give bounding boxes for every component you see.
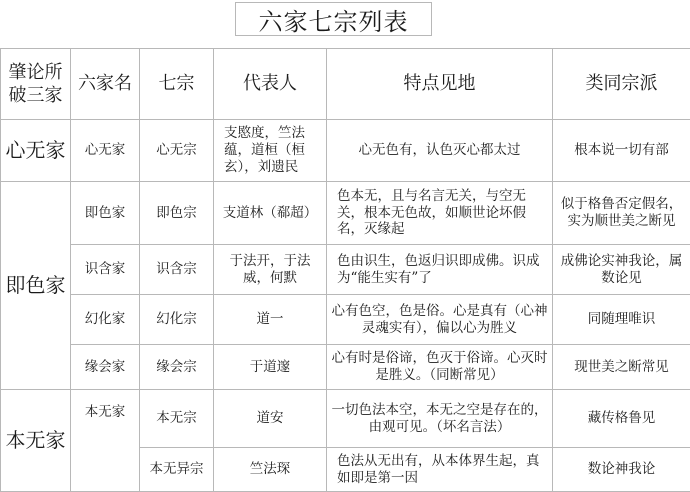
header-representatives: 代表人 xyxy=(214,49,327,120)
views-cell: 心有时是俗谛，色灭于俗谛。心灭时是胜义。（同断常见） xyxy=(327,345,553,390)
table-row: 幻化家 幻化宗 道一 心有色空，色是俗。心是真有（心神灵魂实有），偏以心为胜义 … xyxy=(1,295,690,345)
table-row: 缘会家 缘会宗 于道邃 心有时是俗谛，色灭于俗谛。心灭时是胜义。（同断常见） 现… xyxy=(1,345,690,390)
family-cell: 即色家 xyxy=(71,182,140,245)
views-cell: 心无色有，认色灭心都太过 xyxy=(327,120,553,182)
similar-cell: 现世美之断常见 xyxy=(553,345,690,390)
school-cell: 缘会宗 xyxy=(140,345,214,390)
table-row: 本无家 本无家 本无宗 道安 一切色法本空，本无之空是存在的，由观可见。（坏名言… xyxy=(1,390,690,448)
similar-cell: 数论神我论 xyxy=(553,448,690,492)
representatives-cell: 竺法琛 xyxy=(214,448,327,492)
similar-cell: 藏传格鲁见 xyxy=(553,390,690,448)
header-refuted-three: 肇论所破三家 xyxy=(1,49,71,120)
similar-cell: 同随理唯识 xyxy=(553,295,690,345)
views-cell: 色法从无出有，从本体界生起，真如即是第一因 xyxy=(327,448,553,492)
header-similar-schools: 类同宗派 xyxy=(553,49,690,120)
representatives-cell: 于道邃 xyxy=(214,345,327,390)
views-cell: 色由识生，色返归识即成佛。识成为“能生实有”了 xyxy=(327,245,553,295)
group-label: 本无家 xyxy=(1,390,71,492)
table-row: 即色家 即色家 即色宗 支道林（郗超） 色本无，且与名言无关，与空无关，根本无色… xyxy=(1,182,690,245)
header-family-name: 六家名 xyxy=(71,49,140,120)
header-views: 特点见地 xyxy=(327,49,553,120)
school-cell: 本无异宗 xyxy=(140,448,214,492)
school-cell: 即色宗 xyxy=(140,182,214,245)
page-title: 六家七宗列表 xyxy=(235,2,432,36)
family-cell: 心无家 xyxy=(71,120,140,182)
table-row: 心无家 心无家 心无宗 支愍度，竺法蕴，道桓（桓玄），刘遗民 心无色有，认色灭心… xyxy=(1,120,690,182)
similar-cell: 似于格鲁否定假名，实为顺世美之断见 xyxy=(553,182,690,245)
representatives-cell: 道一 xyxy=(214,295,327,345)
family-cell: 幻化家 xyxy=(71,295,140,345)
similar-cell: 根本说一切有部 xyxy=(553,120,690,182)
school-cell: 识含宗 xyxy=(140,245,214,295)
views-cell: 一切色法本空，本无之空是存在的，由观可见。（坏名言法） xyxy=(327,390,553,448)
group-label: 即色家 xyxy=(1,182,71,390)
header-seven-sects: 七宗 xyxy=(140,49,214,120)
family-cell: 识含家 xyxy=(71,245,140,295)
family-cell: 本无家 xyxy=(71,390,140,492)
views-cell: 心有色空，色是俗。心是真有（心神灵魂实有），偏以心为胜义 xyxy=(327,295,553,345)
school-cell: 心无宗 xyxy=(140,120,214,182)
header-row: 肇论所破三家 六家名 七宗 代表人 特点见地 类同宗派 xyxy=(1,49,690,120)
group-label: 心无家 xyxy=(1,120,71,182)
representatives-cell: 于法开，于法威，何默 xyxy=(214,245,327,295)
similar-cell: 成佛论实神我论，属数论见 xyxy=(553,245,690,295)
table-row: 识含家 识含宗 于法开，于法威，何默 色由识生，色返归识即成佛。识成为“能生实有… xyxy=(1,245,690,295)
six-schools-seven-sects-table: 肇论所破三家 六家名 七宗 代表人 特点见地 类同宗派 心无家 心无家 心无宗 … xyxy=(0,48,690,492)
family-cell: 缘会家 xyxy=(71,345,140,390)
representatives-cell: 支道林（郗超） xyxy=(214,182,327,245)
representatives-cell: 道安 xyxy=(214,390,327,448)
school-cell: 幻化宗 xyxy=(140,295,214,345)
views-cell: 色本无，且与名言无关，与空无关，根本无色故，如顺世论坏假名，灭缘起 xyxy=(327,182,553,245)
school-cell: 本无宗 xyxy=(140,390,214,448)
representatives-cell: 支愍度，竺法蕴，道桓（桓玄），刘遗民 xyxy=(214,120,327,182)
